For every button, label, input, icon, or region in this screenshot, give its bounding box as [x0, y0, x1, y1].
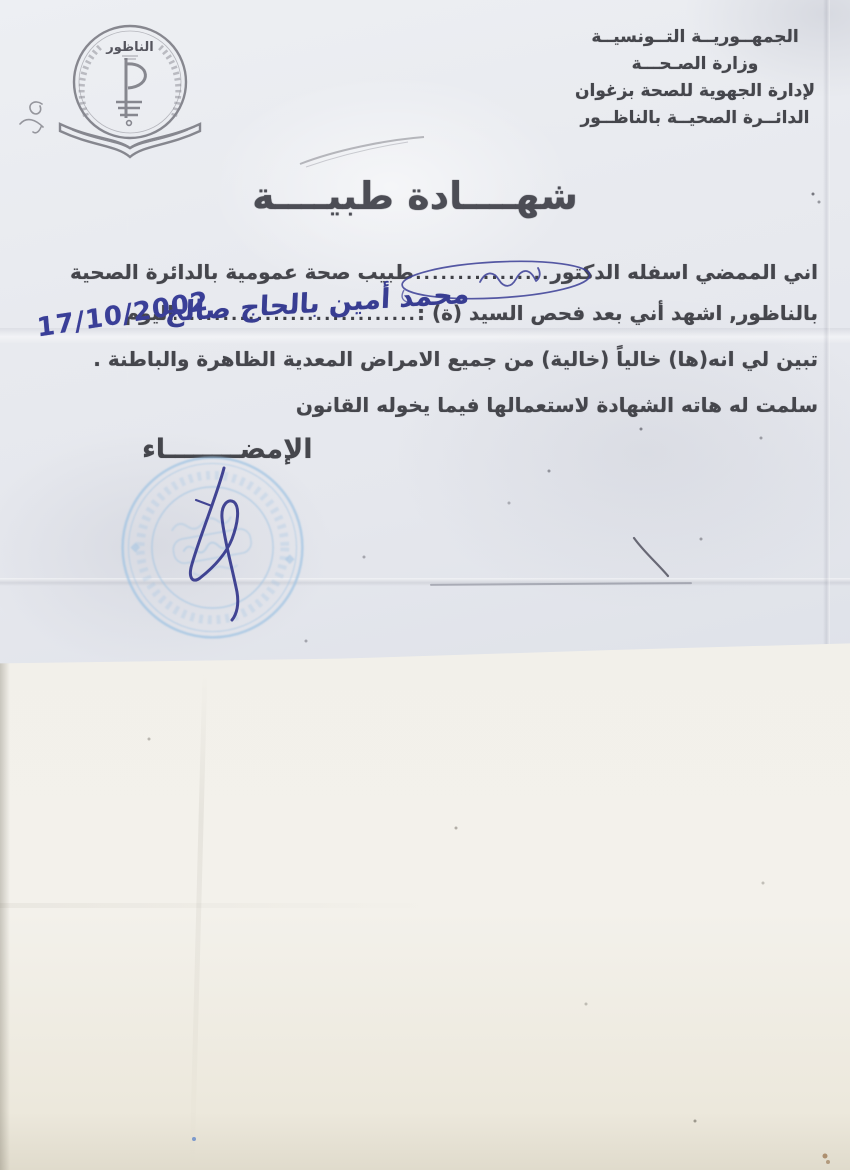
margin-scribble-icon: [12, 96, 50, 142]
scanned-certificate: الجمهــوريــة التــونسيــة وزارة الصـحــ…: [0, 0, 850, 1170]
header-health-district: الدائــرة الصحيــة بالناظــور: [570, 105, 820, 132]
body-line-3: تبين لي انه(ها) خالياً (خالية) من جميع ا…: [93, 347, 818, 371]
ministry-header: الجمهــوريــة التــونسيــة وزارة الصـحــ…: [570, 24, 820, 132]
paper-right-crease: [823, 0, 830, 650]
body-line-4: سلمت له هاته الشهادة لاستعمالها فيما يخو…: [296, 393, 818, 417]
seal-district-label: الناظور: [105, 40, 153, 55]
header-regional-directorate: لإدارة الجهوية للصحة بزغوان: [570, 78, 820, 105]
backing-crease: [189, 665, 207, 1170]
pharmacy-emblem-icon: [116, 58, 145, 125]
line2-text-right: بالناظور, اشهد أني بعد فحص السيد (ة) :: [417, 301, 818, 325]
paper-crease: [0, 328, 850, 344]
backing-crease: [0, 903, 430, 908]
header-republic: الجمهــوريــة التــونسيــة: [570, 24, 820, 51]
crease-mark: [296, 134, 428, 170]
signature-ink-icon: [170, 458, 290, 628]
open-book-icon: [60, 124, 200, 157]
doctor-name-handwriting: [480, 268, 540, 286]
ink-stroke-mark: [632, 536, 672, 580]
paper-specks: [0, 0, 2, 2]
certificate-title: شهــــادة طبيــــة: [250, 174, 580, 218]
health-district-seal-icon: الناظور: [52, 18, 208, 170]
backing-edge-shadow: [0, 655, 10, 1170]
header-ministry: وزارة الصـحـــة: [570, 51, 820, 78]
certificate-paper: الجمهــوريــة التــونسيــة وزارة الصـحــ…: [0, 0, 850, 666]
line1-text-left: طبيب صحة عمومية بالدائرة الصحية: [70, 260, 414, 284]
